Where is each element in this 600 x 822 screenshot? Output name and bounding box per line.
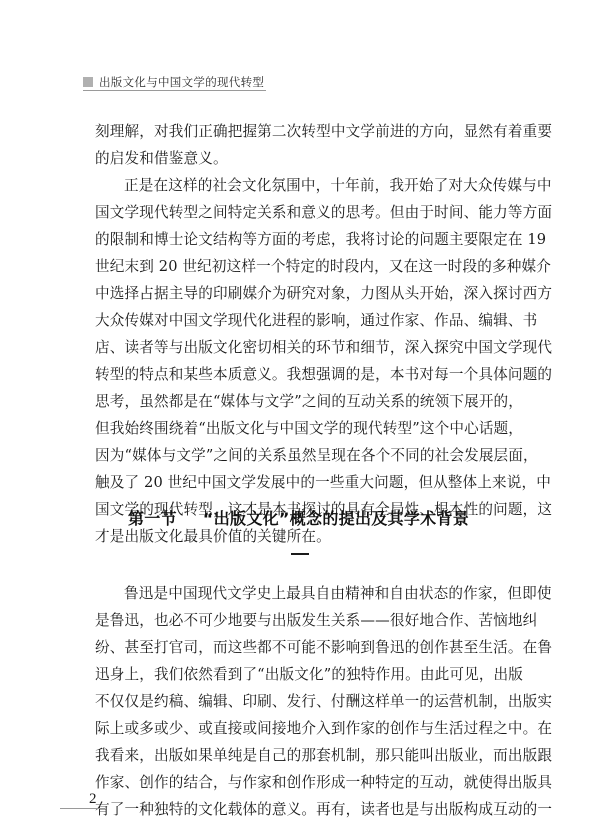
text-line: 大众传媒对中国文学现代化进程的影响，通过作家、作品、编辑、书 bbox=[95, 307, 513, 334]
text-line: 的启发和借鉴意义。 bbox=[95, 145, 513, 172]
text-line: 正是在这样的社会文化氛围中，十年前，我开始了对大众传媒与中 bbox=[95, 172, 513, 199]
text-line: 店、读者等与出版文化密切相关的环节和细节，深入探究中国文学现代 bbox=[95, 334, 513, 361]
text-line: 作家、创作的结合，与作家和创作形成一种特定的互动，就使得出版具 bbox=[95, 769, 513, 796]
text-line: 迅身上，我们依然看到了“出版文化”的独特作用。由此可见，出版 bbox=[95, 661, 513, 688]
text-line: 转型的特点和某些本质意义。我想强调的是，本书对每一个具体问题的 bbox=[95, 361, 513, 388]
paragraph-intro: 正是在这样的社会文化氛围中，十年前，我开始了对大众传媒与中 国文学现代转型之间特… bbox=[95, 172, 513, 550]
text-line: 不仅仅是约稿、编辑、印刷、发行、付酬这样单一的运营机制，出版实 bbox=[95, 688, 513, 715]
header-square-icon bbox=[83, 77, 93, 87]
text-line: 但我始终围绕着“出版文化与中国文学的现代转型”这个中心话题， bbox=[95, 415, 513, 442]
text-line: 刻理解，对我们正确把握第二次转型中文学前进的方向，显然有着重要 bbox=[95, 118, 513, 145]
section-heading: 第一节“出版文化”概念的提出及其学术背景 bbox=[128, 506, 469, 529]
text-line: 世纪末到 20 世纪初这样一个特定的时段内，又在这一时段的多种媒介 bbox=[95, 253, 513, 280]
subsection-numeral-one bbox=[291, 553, 309, 555]
text-line: 国文学现代转型之间特定关系和意义的思考。但由于时间、能力等方面 bbox=[95, 199, 513, 226]
text-line: 我看来，出版如果单纯是自己的那套机制，那只能叫出版业，而出版跟 bbox=[95, 742, 513, 769]
text-line: 因为“媒体与文学”之间的关系虽然呈现在各个不同的社会发展层面， bbox=[95, 442, 513, 469]
text-line: 的限制和博士论文结构等方面的考虑，我将讨论的问题主要限定在 19 bbox=[95, 226, 513, 253]
text-line: 触及了 20 世纪中国文学发展中的一些重大问题，但从整体上来说，中 bbox=[95, 469, 513, 496]
paragraph-section-1: 鲁迅是中国现代文学史上最具自由精神和自由状态的作家，但即使 是鲁迅，也必不可少地… bbox=[95, 580, 513, 822]
text-line: 中选择占据主导的印刷媒介为研究对象，力图从头开始，深入探讨西方 bbox=[95, 280, 513, 307]
text-line: 是鲁迅，也必不可少地要与出版发生关系——很好地合作、苦恼地纠 bbox=[95, 607, 513, 634]
running-header: 出版文化与中国文学的现代转型 bbox=[83, 74, 266, 91]
page-number: 2 bbox=[89, 791, 97, 808]
paragraph-continuation: 刻理解，对我们正确把握第二次转型中文学前进的方向，显然有着重要 的启发和借鉴意义… bbox=[95, 118, 513, 172]
text-line: 际上或多或少、或直接或间接地介入到作家的创作与生活过程之中。在 bbox=[95, 715, 513, 742]
book-title: 出版文化与中国文学的现代转型 bbox=[99, 74, 264, 90]
footer-rule bbox=[60, 808, 105, 809]
text-line: 纷、甚至打官司，而这些都不可能不影响到鲁迅的创作甚至生活。在鲁 bbox=[95, 634, 513, 661]
text-line: 有了一种独特的文化载体的意义。再有，读者也是与出版构成互动的一 bbox=[95, 796, 513, 822]
text-line: 思考，虽然都是在“媒体与文学”之间的互动关系的统领下展开的， bbox=[95, 388, 513, 415]
section-title: “出版文化”概念的提出及其学术背景 bbox=[203, 509, 469, 528]
section-number: 第一节 bbox=[128, 509, 177, 528]
text-line: 鲁迅是中国现代文学史上最具自由精神和自由状态的作家，但即使 bbox=[95, 580, 513, 607]
